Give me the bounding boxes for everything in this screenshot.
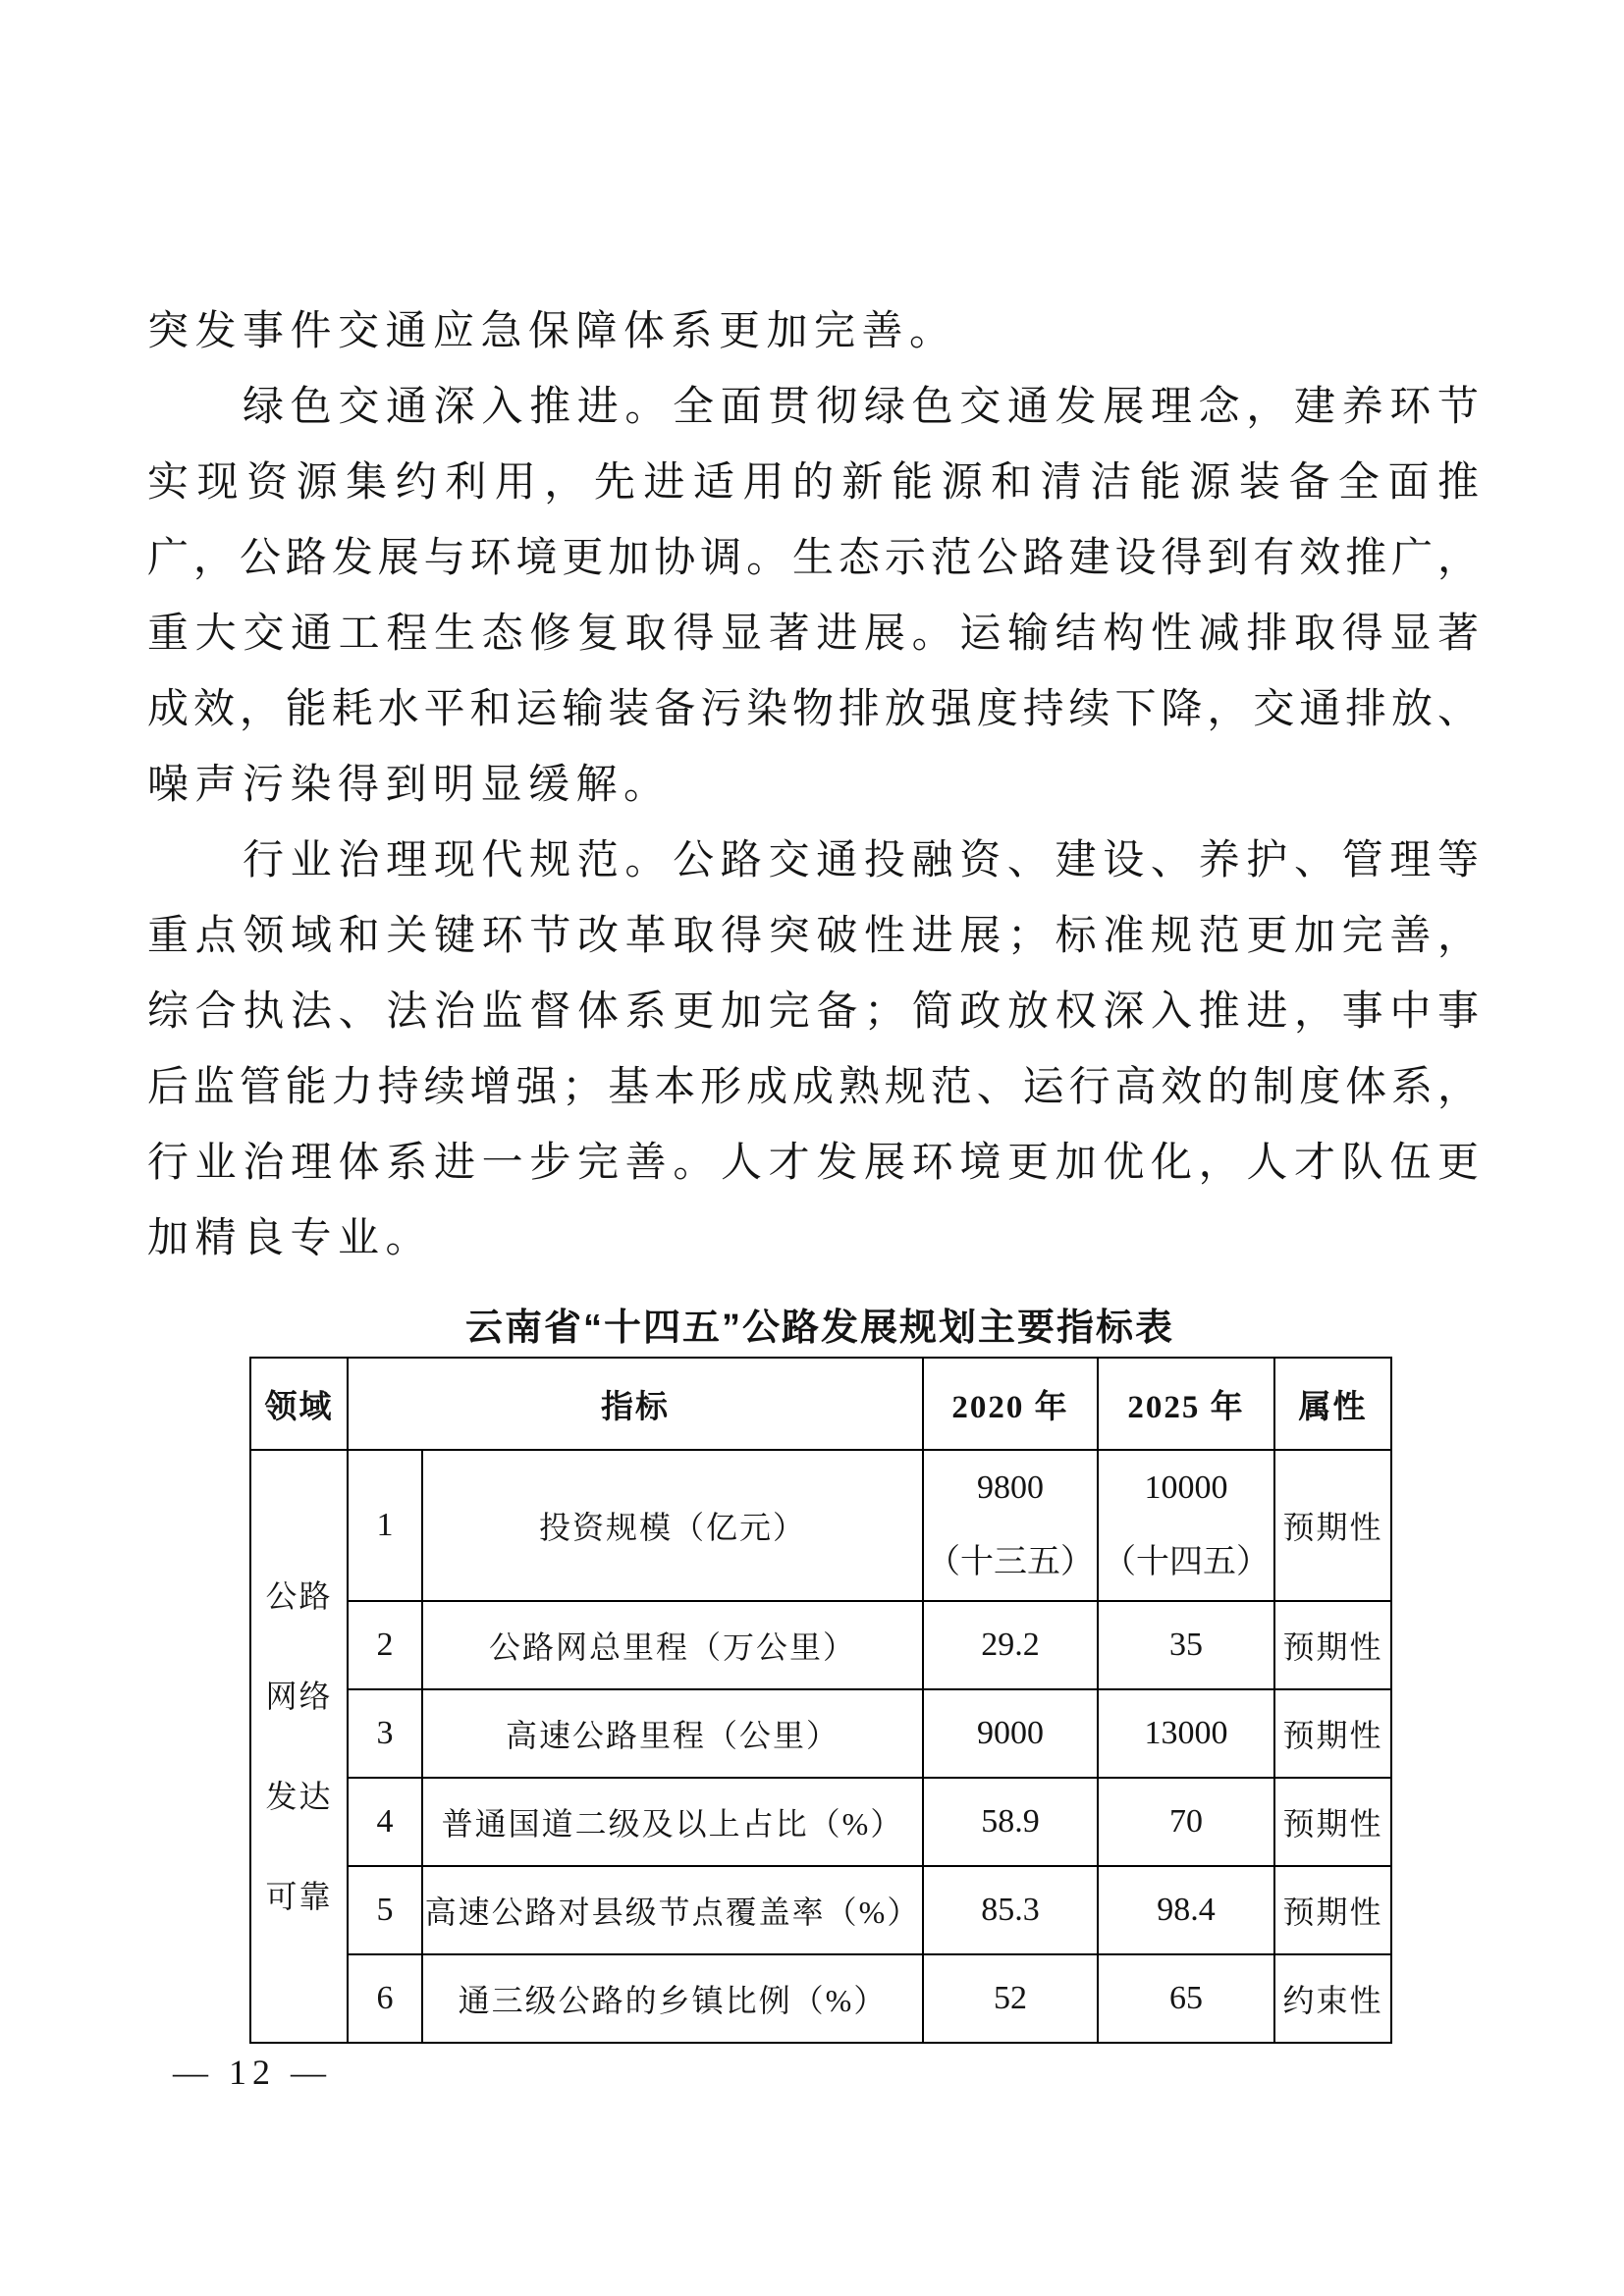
value-2025-cell: 98.4 [1098, 1866, 1274, 1954]
indicator-cell: 普通国道二级及以上占比（%） [422, 1778, 923, 1866]
col-header-2020: 2020 年 [923, 1358, 1098, 1450]
text-line: 重大交通工程生态修复取得显著进展。运输结构性减排取得显著 [147, 597, 1479, 672]
text-line: 综合执法、法治监督体系更加完备；简政放权深入推进，事中事 [147, 975, 1479, 1050]
text-line: 重点领域和关键环节改革取得突破性进展；标准规范更加完善， [147, 899, 1479, 975]
row-number-cell: 3 [348, 1689, 422, 1778]
value-line: （十四五） [1099, 1525, 1273, 1600]
table-row: 6 通三级公路的乡镇比例（%） 52 65 约束性 [250, 1954, 1391, 2043]
attribute-cell: 预期性 [1274, 1601, 1391, 1689]
row-number-cell: 4 [348, 1778, 422, 1866]
value-2025-cell: 10000 （十四五） [1098, 1450, 1274, 1601]
attribute-cell: 预期性 [1274, 1866, 1391, 1954]
value-2020-cell: 29.2 [923, 1601, 1098, 1689]
text-line: 实现资源集约利用，先进适用的新能源和清洁能源装备全面推 [147, 446, 1479, 521]
domain-line: 网络 [251, 1646, 347, 1746]
page-number: — 12 — [173, 2052, 332, 2093]
value-line: （十三五） [924, 1525, 1097, 1600]
col-header-attribute: 属性 [1274, 1358, 1391, 1450]
row-number-cell: 6 [348, 1954, 422, 2043]
table-row: 公路 网络 发达 可靠 1 投资规模（亿元） 9800 （十三五） 10000 … [250, 1450, 1391, 1601]
indicator-cell: 高速公路对县级节点覆盖率（%） [422, 1866, 923, 1954]
row-number-cell: 2 [348, 1601, 422, 1689]
value-2025-cell: 65 [1098, 1954, 1274, 2043]
value-line: 9800 [924, 1451, 1097, 1525]
table-row: 5 高速公路对县级节点覆盖率（%） 85.3 98.4 预期性 [250, 1866, 1391, 1954]
value-2020-cell: 58.9 [923, 1778, 1098, 1866]
indicator-cell: 高速公路里程（公里） [422, 1689, 923, 1778]
value-2020-cell: 85.3 [923, 1866, 1098, 1954]
table-title: 云南省“十四五”公路发展规划主要指标表 [249, 1302, 1390, 1355]
table-row: 4 普通国道二级及以上占比（%） 58.9 70 预期性 [250, 1778, 1391, 1866]
text-line: 绿色交通深入推进。全面贯彻绿色交通发展理念，建养环节 [147, 370, 1479, 446]
text-line: 行业治理现代规范。公路交通投融资、建设、养护、管理等 [147, 824, 1479, 899]
text-line: 加精良专业。 [147, 1201, 1479, 1277]
value-2020-cell: 9800 （十三五） [923, 1450, 1098, 1601]
col-header-2025: 2025 年 [1098, 1358, 1274, 1450]
attribute-cell: 约束性 [1274, 1954, 1391, 2043]
table-row: 2 公路网总里程（万公里） 29.2 35 预期性 [250, 1601, 1391, 1689]
table-row: 3 高速公路里程（公里） 9000 13000 预期性 [250, 1689, 1391, 1778]
table-header-row: 领域 指标 2020 年 2025 年 属性 [250, 1358, 1391, 1450]
text-line: 成效，能耗水平和运输装备污染物排放强度持续下降，交通排放、 [147, 672, 1479, 748]
value-2025-cell: 35 [1098, 1601, 1274, 1689]
value-2025-cell: 13000 [1098, 1689, 1274, 1778]
domain-line: 可靠 [251, 1846, 347, 1947]
text-line: 行业治理体系进一步完善。人才发展环境更加优化，人才队伍更 [147, 1126, 1479, 1201]
value-2025-cell: 70 [1098, 1778, 1274, 1866]
text-line: 噪声污染得到明显缓解。 [147, 748, 1479, 824]
text-line: 后监管能力持续增强；基本形成成熟规范、运行高效的制度体系， [147, 1050, 1479, 1126]
domain-merged-cell: 公路 网络 发达 可靠 [250, 1450, 348, 2043]
col-header-indicator: 指标 [348, 1358, 923, 1450]
indicator-cell: 通三级公路的乡镇比例（%） [422, 1954, 923, 2043]
value-line: 10000 [1099, 1451, 1273, 1525]
row-number-cell: 5 [348, 1866, 422, 1954]
domain-line: 发达 [251, 1746, 347, 1846]
value-2020-cell: 9000 [923, 1689, 1098, 1778]
value-2020-cell: 52 [923, 1954, 1098, 2043]
text-line: 突发事件交通应急保障体系更加完善。 [147, 294, 1479, 370]
indicators-table: 领域 指标 2020 年 2025 年 属性 公路 网络 发达 可靠 1 投资规… [249, 1357, 1392, 2044]
body-text: 突发事件交通应急保障体系更加完善。 绿色交通深入推进。全面贯彻绿色交通发展理念，… [147, 294, 1479, 1277]
col-header-domain: 领域 [250, 1358, 348, 1450]
indicator-cell: 公路网总里程（万公里） [422, 1601, 923, 1689]
attribute-cell: 预期性 [1274, 1778, 1391, 1866]
text-line: 广，公路发展与环境更加协调。生态示范公路建设得到有效推广， [147, 521, 1479, 597]
domain-line: 公路 [251, 1546, 347, 1646]
attribute-cell: 预期性 [1274, 1450, 1391, 1601]
attribute-cell: 预期性 [1274, 1689, 1391, 1778]
row-number-cell: 1 [348, 1450, 422, 1601]
indicator-cell: 投资规模（亿元） [422, 1450, 923, 1601]
document-page: 突发事件交通应急保障体系更加完善。 绿色交通深入推进。全面贯彻绿色交通发展理念，… [0, 0, 1624, 2296]
